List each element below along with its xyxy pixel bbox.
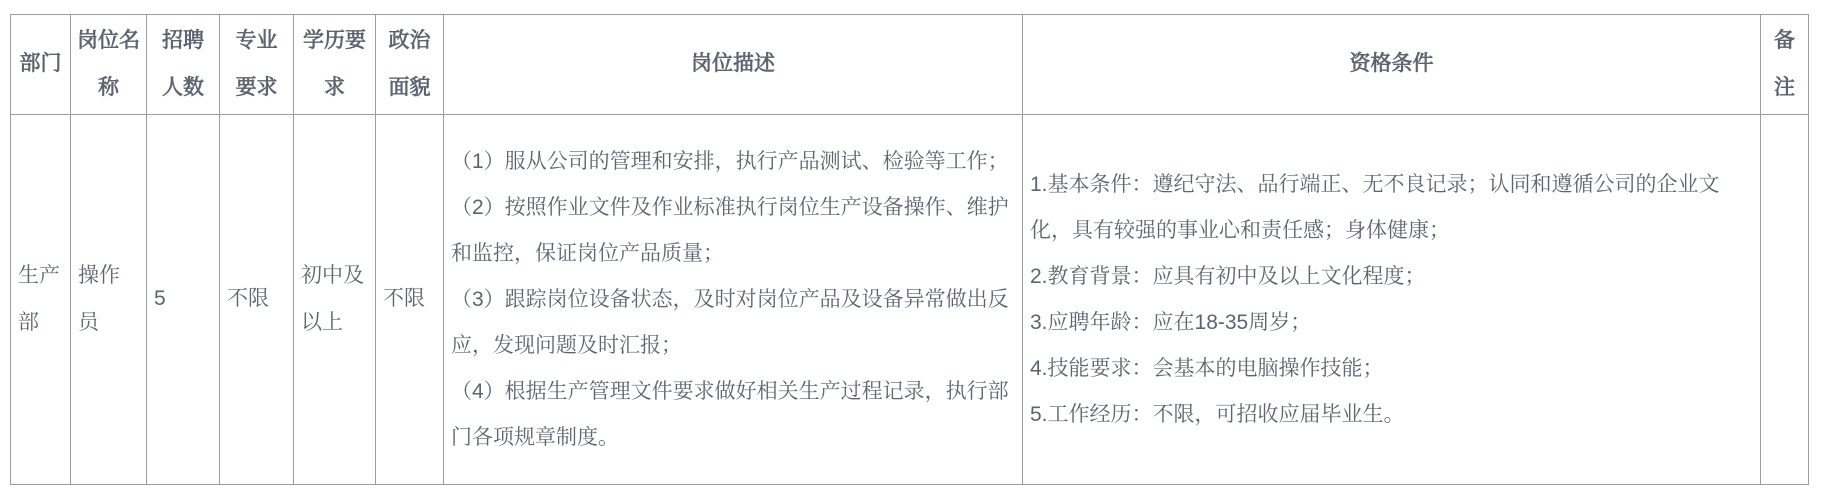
column-header-department: 部门 — [11, 15, 71, 115]
description-item-3: （3）跟踪岗位设备状态，及时对岗位产品及设备异常做出反应，发现问题及时汇报； — [451, 277, 1015, 369]
description-item-2: （2）按照作业文件及作业标准执行岗位生产设备操作、维护和监控，保证岗位产品质量； — [451, 185, 1015, 277]
qualification-item-5: 5.工作经历：不限，可招收应届毕业生。 — [1030, 392, 1753, 438]
qualification-item-4: 4.技能要求：会基本的电脑操作技能； — [1030, 346, 1753, 392]
page: 部门 岗位名称 招聘人数 专业要求 学历要求 政治面貌 岗位描述 资格条件 备注… — [0, 0, 1826, 498]
column-header-headcount: 招聘人数 — [147, 15, 220, 115]
column-header-position: 岗位名称 — [71, 15, 147, 115]
cell-department: 生产部 — [11, 115, 71, 485]
column-header-description: 岗位描述 — [444, 15, 1023, 115]
qualification-item-1: 1.基本条件：遵纪守法、品行端正、无不良记录；认同和遵循公司的企业文化，具有较强… — [1030, 162, 1753, 254]
column-header-remarks: 备注 — [1761, 15, 1809, 115]
table-body: 生产部 操作员 5 不限 初中及以上 不限 （1）服从公司的管理和安排，执行产品… — [11, 115, 1809, 485]
column-header-education: 学历要求 — [294, 15, 376, 115]
header-row: 部门 岗位名称 招聘人数 专业要求 学历要求 政治面貌 岗位描述 资格条件 备注 — [11, 15, 1809, 115]
cell-major: 不限 — [220, 115, 294, 485]
cell-education: 初中及以上 — [294, 115, 376, 485]
recruitment-table: 部门 岗位名称 招聘人数 专业要求 学历要求 政治面貌 岗位描述 资格条件 备注… — [10, 14, 1809, 485]
cell-political: 不限 — [376, 115, 444, 485]
description-item-4: （4）根据生产管理文件要求做好相关生产过程记录，执行部门各项规章制度。 — [451, 369, 1015, 461]
cell-description: （1）服从公司的管理和安排，执行产品测试、检验等工作； （2）按照作业文件及作业… — [444, 115, 1023, 485]
cell-qualifications: 1.基本条件：遵纪守法、品行端正、无不良记录；认同和遵循公司的企业文化，具有较强… — [1023, 115, 1761, 485]
qualification-item-3: 3.应聘年龄：应在18-35周岁； — [1030, 300, 1753, 346]
qualification-item-2: 2.教育背景：应具有初中及以上文化程度； — [1030, 254, 1753, 300]
cell-position: 操作员 — [71, 115, 147, 485]
table-header: 部门 岗位名称 招聘人数 专业要求 学历要求 政治面貌 岗位描述 资格条件 备注 — [11, 15, 1809, 115]
table-row: 生产部 操作员 5 不限 初中及以上 不限 （1）服从公司的管理和安排，执行产品… — [11, 115, 1809, 485]
column-header-qualifications: 资格条件 — [1023, 15, 1761, 115]
cell-remarks — [1761, 115, 1809, 485]
column-header-major: 专业要求 — [220, 15, 294, 115]
column-header-political: 政治面貌 — [376, 15, 444, 115]
cell-headcount: 5 — [147, 115, 220, 485]
description-item-1: （1）服从公司的管理和安排，执行产品测试、检验等工作； — [451, 139, 1015, 185]
